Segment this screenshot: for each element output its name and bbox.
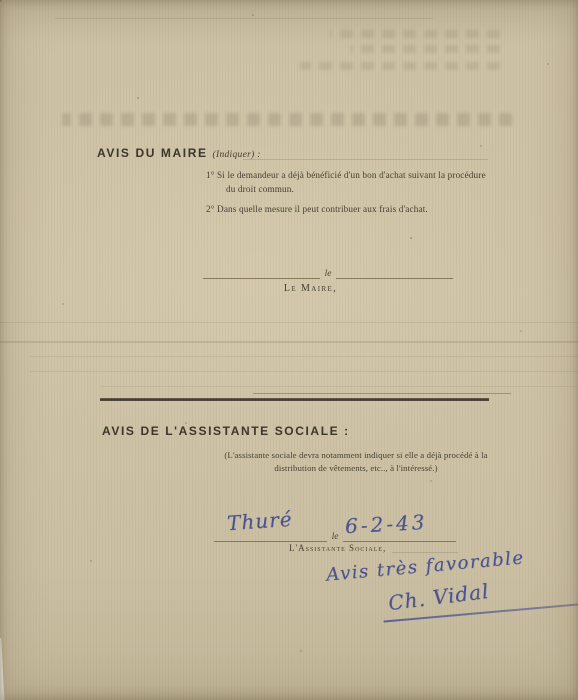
maire-date-blank-right	[336, 268, 453, 279]
handwritten-signature: Ch. Vidal	[387, 579, 491, 615]
maire-signature-label: Le Maire,	[203, 283, 418, 294]
section-divider-line	[100, 398, 489, 401]
paper-fiber-texture	[0, 0, 578, 700]
scan-vignette	[0, 0, 578, 700]
assistante-date-blank	[343, 531, 456, 542]
bleedthrough-heading-smudge	[62, 113, 512, 126]
paper-corner-gap	[0, 638, 6, 700]
item-2-text: Dans quelle mesure il peut contribuer au…	[217, 204, 428, 214]
bleedthrough-text-smudge	[350, 45, 500, 53]
bleedthrough-line	[0, 341, 578, 343]
item-1-text: Si le demandeur a déjà bénéficié d'un bo…	[217, 170, 486, 180]
maire-item-2: 2° Dans quelle mesure il peut contribuer…	[206, 203, 492, 217]
assistante-date-prefix: le	[327, 532, 344, 542]
bleedthrough-text-smudge	[330, 30, 500, 38]
bleedthrough-line	[0, 322, 578, 323]
maire-heading-text: AVIS DU MAIRE	[97, 146, 208, 160]
assistante-section-heading: AVIS DE L'ASSISTANTE SOCIALE :	[102, 424, 350, 438]
scanned-form-page: AVIS DU MAIRE (Indiquer) : 1° Si le dema…	[0, 0, 578, 700]
assistante-note-line-2: distribution de vêtements, etc.., à l'in…	[222, 462, 490, 475]
assistante-note-line-1: (L'assistante sociale devra notamment in…	[222, 449, 490, 462]
bleedthrough-line	[100, 386, 578, 387]
assistante-label-ruled-line	[392, 552, 458, 553]
bleedthrough-line	[30, 356, 578, 357]
assistante-date-line: le	[214, 531, 456, 542]
maire-item-1-line-1: 1° Si le demandeur a déjà bénéficié d'un…	[206, 169, 492, 183]
assistante-place-blank	[214, 531, 327, 542]
bleedthrough-line	[55, 18, 433, 19]
item-1-number: 1°	[206, 170, 215, 180]
maire-heading-ruled-line	[243, 159, 488, 160]
section-divider-faint-line	[253, 393, 511, 394]
assistante-instruction-note: (L'assistante sociale devra notamment in…	[222, 449, 490, 475]
bleedthrough-line	[30, 371, 578, 372]
maire-date-line: le	[203, 268, 453, 279]
maire-section-heading: AVIS DU MAIRE (Indiquer) :	[97, 146, 261, 160]
maire-instruction-list: 1° Si le demandeur a déjà bénéficié d'un…	[206, 169, 492, 216]
assistante-signature-label: L'Assistante Sociale,	[289, 543, 386, 553]
maire-date-blank-left	[203, 268, 320, 279]
maire-item-1-line-2: du droit commun.	[206, 183, 492, 197]
item-2-number: 2°	[206, 204, 215, 214]
bleedthrough-text-smudge	[300, 62, 500, 70]
handwritten-opinion: Avis très favorable	[325, 547, 525, 585]
paper-speckles	[0, 0, 2, 2]
maire-date-prefix: le	[320, 269, 337, 279]
